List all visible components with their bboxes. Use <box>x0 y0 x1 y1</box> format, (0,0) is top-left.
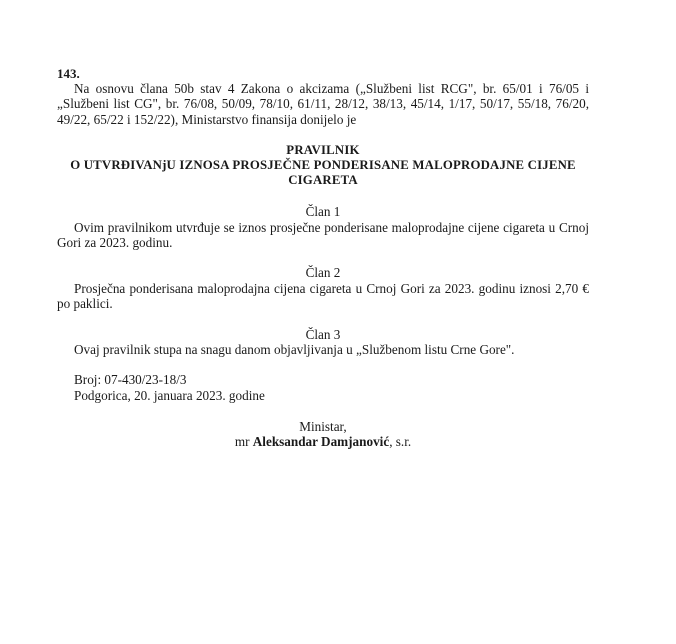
article-2-line-2: po paklici. <box>57 296 589 311</box>
signatory-name: Aleksandar Damjanović <box>253 434 389 449</box>
document-page: 143. Na osnovu člana 50b stav 4 Zakona o… <box>0 0 676 644</box>
preamble-line-1: Na osnovu člana 50b stav 4 Zakona o akci… <box>57 81 589 96</box>
preamble-line-3: 49/22, 65/22 i 152/22), Ministarstvo fin… <box>57 112 589 127</box>
gazette-item-number: 143. <box>57 66 589 81</box>
document-title-line-2: O UTVRĐIVANjU IZNOSA PROSJEČNE PONDERISA… <box>57 158 589 173</box>
article-3-heading: Član 3 <box>57 327 589 342</box>
place-date: Podgorica, 20. januara 2023. godine <box>57 388 589 403</box>
article-3-line-1: Ovaj pravilnik stupa na snagu danom obja… <box>57 342 589 357</box>
article-2-line-1: Prosječna ponderisana maloprodajna cijen… <box>57 281 589 296</box>
signature-suffix: , s.r. <box>389 434 411 449</box>
reference-number: Broj: 07-430/23-18/3 <box>57 372 589 387</box>
signature-role: Ministar, <box>57 419 589 434</box>
document-title-line-3: CIGARETA <box>57 173 589 188</box>
article-2-heading: Član 2 <box>57 265 589 280</box>
document-title-line-1: PRAVILNIK <box>57 143 589 158</box>
article-1-line-1: Ovim pravilnikom utvrđuje se iznos prosj… <box>57 220 589 235</box>
signature-line: mr Aleksandar Damjanović, s.r. <box>57 434 589 449</box>
preamble-line-2: „Službeni list CG", br. 76/08, 50/09, 78… <box>57 96 589 111</box>
signature-prefix: mr <box>235 434 253 449</box>
article-1-heading: Član 1 <box>57 204 589 219</box>
article-1-line-2: Gori za 2023. godinu. <box>57 235 589 250</box>
